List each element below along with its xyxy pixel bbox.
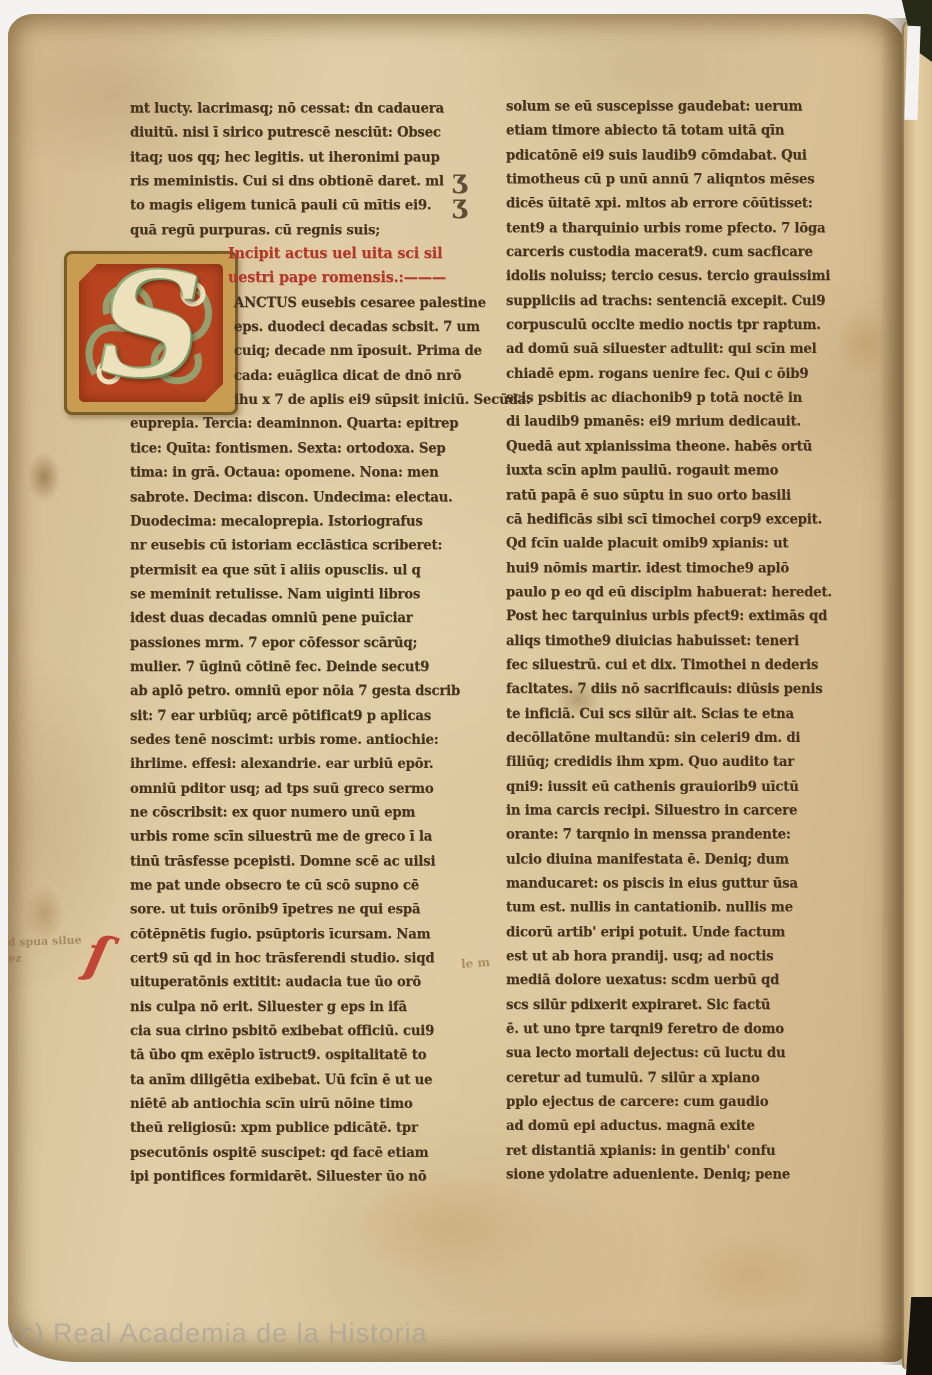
text-line: tā ūbo qm exēplo īstruct9. ospitalitatē …: [130, 1044, 496, 1068]
text-line: qni9: iussit eū cathenis grauiorib9 uīct…: [506, 775, 890, 799]
text-line: carceris custodia macerat9. cum sacficar…: [506, 241, 890, 265]
text-line: scs silūr pdixerit expiraret. Sic factū: [506, 993, 890, 1017]
text-line: ret distantiā xpianis: in gentib' confu: [506, 1139, 890, 1163]
text-column-left: mt lucty. lacrimasq; nō cessat: dn cadau…: [130, 97, 496, 1189]
text-line: te inficiā. Cui scs silūr ait. Scias te …: [506, 702, 890, 726]
text-line: urbis rome scīn siluestrū me de greco ī …: [130, 825, 496, 849]
line-filler-flourish: ʒ: [452, 190, 467, 220]
manuscript-scan: S mt lucty. lacrimasq; nō cessat: dn cad…: [0, 0, 932, 1375]
text-line: tice: Quīta: fontismen. Sexta: ortodoxa.…: [130, 437, 496, 461]
text-line: ANCTUS eusebis cesaree palestine: [130, 291, 496, 315]
text-line: decōllatōne multandū: sin celeri9 dm. di: [506, 726, 890, 750]
text-line: pplo ejectus de carcere: cum gaudio: [506, 1090, 890, 1114]
text-line: ihrlime. effesi: alexandrie. ear urbiū e…: [130, 752, 496, 776]
text-line: Duodecima: mecaloprepia. Istoriografus: [130, 510, 496, 534]
text-line: cōtēpnētis fugio. psūptoris īcursam. Nam: [130, 922, 496, 946]
text-line: chiadē epm. rogans uenire fec. Qui c ōib…: [506, 362, 890, 386]
text-line: cia sua cirino psbitō exibebat officiū. …: [130, 1020, 496, 1044]
rubric-line: Incipit actus uel uita sci sil: [130, 243, 496, 267]
copyright-watermark: (c) Real Academia de la Historia: [10, 1318, 428, 1349]
text-line: corpusculū occlte medio noctis tpr raptu…: [506, 313, 890, 337]
text-line: idest duas decadas omniū pene puīciar: [130, 607, 496, 631]
text-line: euprepia. Tercia: deaminnon. Quarta: epi…: [130, 413, 496, 437]
text-line: ptermisit ea que sūt ī aliis opusclis. u…: [130, 558, 496, 582]
text-line: ceretur ad tumulū. 7 silūr a xpiano: [506, 1066, 890, 1090]
text-line: filiūq; credidis ihm xpm. Quo audito tar: [506, 750, 890, 774]
text-line: fec siluestrū. cui et dix. Timothei n de…: [506, 653, 890, 677]
text-line: iuxta scīn aplm pauliū. rogauit memo: [506, 459, 890, 483]
text-line: dicēs ūitatē xpi. mltos ab errore cōūtis…: [506, 192, 890, 216]
text-line: facltates. 7 diis nō sacrificauis: diūsi…: [506, 678, 890, 702]
text-line: cada: euāglica dicat de dnō nrō: [130, 364, 496, 388]
text-line: me pat unde obsecro te cū scō supno cē: [130, 874, 496, 898]
text-line: ulcio diuina manifestata ē. Deniq; dum: [506, 848, 890, 872]
text-line: itaq; uos qq; hec legitis. ut iheronimi …: [130, 146, 496, 170]
text-line: theū religiosū: xpm publice pdicātē. tpr: [130, 1117, 496, 1141]
text-line: ratū papā ē suo sūptu in suo orto basili: [506, 483, 890, 507]
text-line: suppliciis ad trachs: sentenciā excepit.…: [506, 289, 890, 313]
text-line: idolis noluiss; tercio cesus. tercio gra…: [506, 265, 890, 289]
text-line: nis culpa nō erit. Siluester g eps in if…: [130, 995, 496, 1019]
text-line: diuitū. nisi ī sirico putrescē nesciūt: …: [130, 121, 496, 145]
text-line: mulier. 7 ūginū cōtinē fec. Deinde secut…: [130, 655, 496, 679]
stain: [648, 1214, 848, 1334]
text-line: solum se eū suscepisse gaudebat: uerum: [506, 95, 890, 119]
text-line: mt lucty. lacrimasq; nō cessat: dn cadau…: [130, 97, 496, 121]
text-line: tima: in grā. Octaua: opomene. Nona: men: [130, 461, 496, 485]
text-line: scis psbitis ac diachonib9 p totā noctē …: [506, 386, 890, 410]
text-line: hui9 nōmis martir. idest timoche9 aplō: [506, 556, 890, 580]
text-line: Qd fcīn ualde placuit omib9 xpianis: ut: [506, 532, 890, 556]
text-line: ad domū epi aductus. magnā exite: [506, 1115, 890, 1139]
text-line: sore. ut tuis orōnib9 īpetres ne qui esp…: [130, 898, 496, 922]
text-line: ad domū suā siluester adtulit: qui scīn …: [506, 338, 890, 362]
text-line: cuiq; decade nm īposuit. Prima de: [130, 340, 496, 364]
text-line: uituperatōnis extitit: audacia tue ūo or…: [130, 971, 496, 995]
text-line: cert9 sū qd in hoc trāsferendi studio. s…: [130, 947, 496, 971]
text-line: orante: 7 tarqnio in menssa prandente:: [506, 823, 890, 847]
text-line: di laudib9 pmanēs: ei9 mrium dedicauit.: [506, 411, 890, 435]
text-line: ne cōscribsit: ex quor numero unū epm: [130, 801, 496, 825]
text-line: pdicatōnē ei9 suis laudib9 cōmdabat. Qui: [506, 144, 890, 168]
text-line: paulo p eo qd eū disciplm habuerat: here…: [506, 581, 890, 605]
text-line: in ima carcis recipi. Siluestro in carce…: [506, 799, 890, 823]
text-line: manducaret: os piscis in eius guttur ūsa: [506, 872, 890, 896]
text-line: ris meministis. Cui si dns obtionē daret…: [130, 170, 496, 194]
text-line: tinū trāsfesse pcepisti. Domne scē ac ui…: [130, 850, 496, 874]
text-line: sit: 7 ear urbiūq; arcē pōtificat9 p apl…: [130, 704, 496, 728]
text-line: etiam timore abiecto tā totam uitā qīn: [506, 119, 890, 143]
text-line: ē. ut uno tpre tarqni9 feretro de domo: [506, 1018, 890, 1042]
text-line: Post hec tarquinius urbis pfect9: extimā…: [506, 605, 890, 629]
text-line: omniū pditor usq; ad tps suū greco sermo: [130, 777, 496, 801]
next-page-edge: [902, 20, 932, 1369]
text-line: dicorū artib' eripi potuit. Unde factum: [506, 920, 890, 944]
text-line: cā hedificās sibi scī timochei corp9 exc…: [506, 508, 890, 532]
text-line: sedes tenē noscimt: urbis rome. antiochi…: [130, 728, 496, 752]
text-line: est ut ab hora prandij. usq; ad noctis: [506, 945, 890, 969]
rubric-line: uestri pape romensis.:———: [130, 267, 496, 291]
text-line: se meminit retulisse. Nam uiginti libros: [130, 583, 496, 607]
text-line: mediā dolore uexatus: scdm uerbū qd: [506, 969, 890, 993]
stain: [22, 444, 66, 510]
text-line: nr eusebis cū istoriam ecclāstica scribe…: [130, 534, 496, 558]
gutter-annotation: le m: [461, 955, 491, 971]
text-line: ihu x 7 de aplis ei9 sūpsit iniciū. Secū…: [130, 388, 496, 412]
text-line: passiones mrm. 7 epor cōfessor scārūq;: [130, 631, 496, 655]
text-line: sabrote. Decima: discon. Undecima: elect…: [130, 485, 496, 509]
text-line: sione ydolatre adueniente. Deniq; pene: [506, 1163, 890, 1187]
text-line: timotheus cū p unū annū 7 aliqntos mēses: [506, 168, 890, 192]
text-line: tent9 a tharquinio urbis rome pfecto. 7 …: [506, 216, 890, 240]
text-line: niētē ab antiochia scīn uirū nōine timo: [130, 1092, 496, 1116]
text-line: quā regū purpuras. cū regnis suis;: [130, 218, 496, 242]
text-line: ab aplō petro. omniū epor nōia 7 gesta d…: [130, 680, 496, 704]
text-line: eps. duodeci decadas scbsit. 7 um: [130, 315, 496, 339]
text-line: psecutōnis ospitē suscipet: qd facē etia…: [130, 1141, 496, 1165]
text-line: Quedā aut xpianissima theone. habēs ortū: [506, 435, 890, 459]
text-line: ta anīm diligētia exibebat. Uū fcīn ē ut…: [130, 1068, 496, 1092]
text-line: ipi pontifices formidarēt. Siluester ūo …: [130, 1165, 496, 1189]
text-column-right: solum se eū suscepisse gaudebat: uerumet…: [506, 95, 890, 1187]
text-line: aliqs timothe9 diuicias habuisset: tener…: [506, 629, 890, 653]
text-line: tum est. nullis in cantationib. nullis m…: [506, 896, 890, 920]
text-line: to magis eligem tunicā pauli cū mītis ei…: [130, 194, 496, 218]
text-line: sua lecto mortali dejectus: cū luctu du: [506, 1042, 890, 1066]
